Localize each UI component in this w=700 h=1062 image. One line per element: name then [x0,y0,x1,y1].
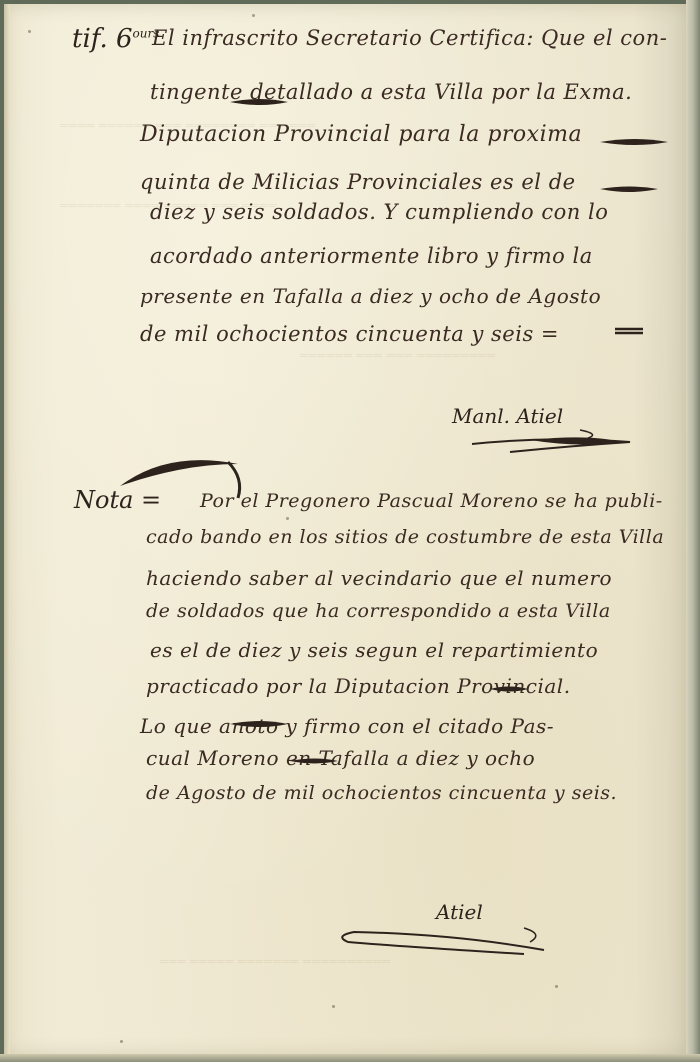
paper-speck [332,1005,335,1008]
nota-line: es el de diez y seis segun el repartimie… [150,638,598,662]
certification-signature: Manl. Atiel [452,404,563,428]
nota-line: de Agosto de mil ochocientos cincuenta y… [146,782,617,804]
ink-flourish [230,96,290,110]
page-right-edge [686,0,700,1062]
nota-line: cado bando en los sitios de costumbre de… [146,526,664,548]
ink-flourish [615,326,645,336]
signature-flourish [470,428,640,468]
ink-flourish [290,756,340,768]
certification-line: acordado anteriormente libro y firmo la [150,244,593,268]
margin-note: tif. 6ours [72,24,159,54]
ink-flourish [490,684,530,696]
paper-speck [120,1040,123,1043]
signature-flourish [334,920,554,960]
nota-line: Lo que anoto y firmo con el citado Pas- [140,714,554,738]
certification-line: El infrascrito Secretario Certifica: Que… [152,26,667,50]
certification-line: Diputacion Provincial para la proxima [140,122,582,147]
nota-line: de soldados que ha correspondido a esta … [146,600,611,622]
certification-line: tingente detallado a esta Villa por la E… [150,80,632,104]
nota-line: cual Moreno en Tafalla a diez y ocho [146,746,535,770]
nota-line: haciendo saber al vecindario que el nume… [146,566,612,590]
certification-line: de mil ochocientos cincuenta y seis = [140,322,559,346]
paper-speck [286,517,289,520]
page-left-edge [4,4,10,1056]
certification-line: presente en Tafalla a diez y ocho de Ago… [140,284,601,308]
certification-line: quinta de Milicias Provinciales es el de [140,170,576,194]
ink-flourish [600,136,670,150]
nota-line: Por el Pregonero Pascual Moreno se ha pu… [200,490,663,512]
nota-heading: Nota = [74,486,161,514]
certification-line: diez y seis soldados. Y cumpliendo con l… [150,200,608,224]
ink-flourish [600,184,660,196]
show-through-text: ══════ ═══ ═══ ═════════ [300,350,496,362]
paper-speck [28,30,31,33]
paper-speck [252,14,255,17]
page-bottom-edge [0,1054,700,1062]
paper-speck [555,985,558,988]
ink-flourish [230,718,290,732]
